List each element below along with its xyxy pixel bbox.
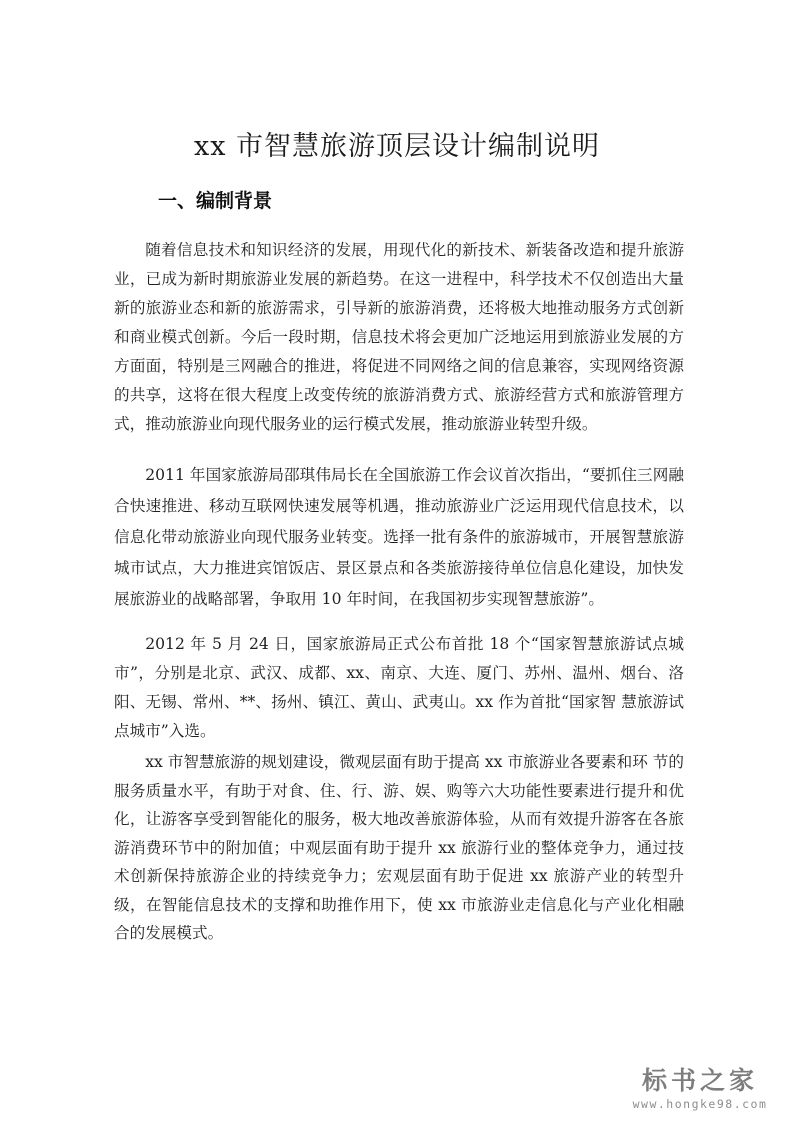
watermark-logo: 标书之家 — [620, 1066, 780, 1096]
section-heading-background: 一、编制背景 — [158, 186, 272, 213]
paragraph-1: 随着信息技术和知识经济的发展，用现代化的新技术、新装备改造和提升旅游业，已成为新… — [114, 236, 684, 439]
watermark-url: www.hongke98.com — [620, 1096, 780, 1112]
paragraph-2: 2011 年国家旅游局邵琪伟局长在全国旅游工作会议首次指出，“要抓住三网融合快速… — [114, 460, 684, 615]
document-title: xx 市智慧旅游顶层设计编制说明 — [0, 124, 794, 163]
document-page: xx 市智慧旅游顶层设计编制说明 一、编制背景 随着信息技术和知识经济的发展，用… — [0, 0, 794, 1122]
watermark: 标书之家 www.hongke98.com — [620, 1066, 780, 1112]
paragraph-3: 2012 年 5 月 24 日，国家旅游局正式公布首批 18 个“国家智慧旅游试… — [114, 630, 684, 746]
paragraph-4: xx 市智慧旅游的规划建设，微观层面有助于提高 xx 市旅游业各要素和环 节的服… — [114, 748, 684, 948]
